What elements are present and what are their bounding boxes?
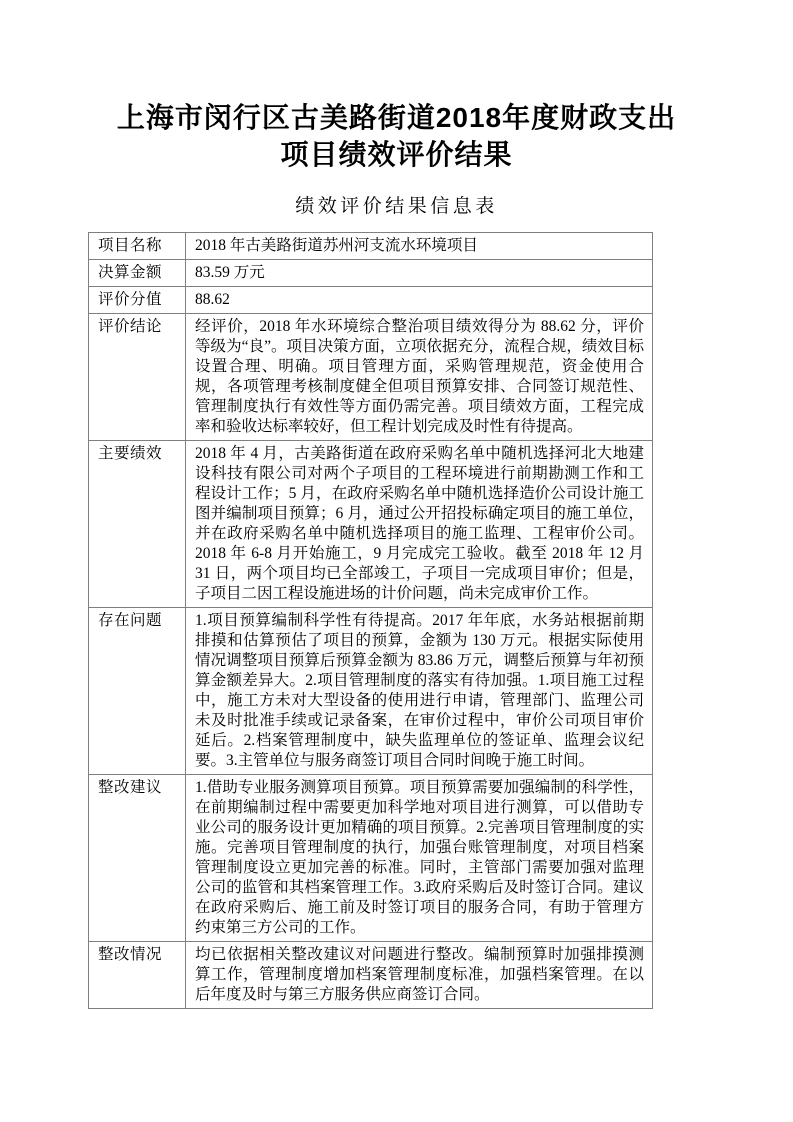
row-label: 决算金额 <box>89 260 186 287</box>
row-label: 评价分值 <box>89 287 186 314</box>
row-label: 主要绩效 <box>89 441 186 608</box>
row-label: 项目名称 <box>89 233 186 260</box>
document-page: 上海市闵行区古美路街道2018年度财政支出 项目绩效评价结果 绩效评价结果信息表… <box>0 0 793 1122</box>
table-row-main-performance: 主要绩效 2018 年 4 月，古美路街道在政府采购名单中随机选择河北大地建设科… <box>89 441 653 608</box>
table-row-existing-problems: 存在问题 1.项目预算编制科学性有待提高。2017 年年底，水务站根据前期排摸和… <box>89 608 653 775</box>
table-row-final-amount: 决算金额 83.59 万元 <box>89 260 653 287</box>
document-title-line2: 项目绩效评价结果 <box>88 136 705 173</box>
document-title: 上海市闵行区古美路街道2018年度财政支出 项目绩效评价结果 <box>88 99 705 173</box>
row-label: 整改建议 <box>89 775 186 942</box>
row-content: 均已依据相关整改建议对问题进行整改。编制预算时加强排摸测算工作，管理制度增加档案… <box>186 942 653 1009</box>
table-row-rectification-status: 整改情况 均已依据相关整改建议对问题进行整改。编制预算时加强排摸测算工作，管理制… <box>89 942 653 1009</box>
row-label: 存在问题 <box>89 608 186 775</box>
row-content: 83.59 万元 <box>186 260 653 287</box>
row-content: 1.项目预算编制科学性有待提高。2017 年年底，水务站根据前期排摸和估算预估了… <box>186 608 653 775</box>
document-content: 上海市闵行区古美路街道2018年度财政支出 项目绩效评价结果 绩效评价结果信息表… <box>88 0 705 1009</box>
row-content: 2018 年 4 月，古美路街道在政府采购名单中随机选择河北大地建设科技有限公司… <box>186 441 653 608</box>
table-row-evaluation-score: 评价分值 88.62 <box>89 287 653 314</box>
row-content: 88.62 <box>186 287 653 314</box>
row-content: 2018 年古美路街道苏州河支流水环境项目 <box>186 233 653 260</box>
row-content: 1.借助专业服务测算项目预算。项目预算需要加强编制的科学性，在前期编制过程中需要… <box>186 775 653 942</box>
performance-evaluation-table: 项目名称 2018 年古美路街道苏州河支流水环境项目 决算金额 83.59 万元… <box>88 232 653 1009</box>
document-subtitle: 绩效评价结果信息表 <box>88 196 705 218</box>
row-label: 整改情况 <box>89 942 186 1009</box>
table-row-rectification-suggestions: 整改建议 1.借助专业服务测算项目预算。项目预算需要加强编制的科学性，在前期编制… <box>89 775 653 942</box>
table-row-project-name: 项目名称 2018 年古美路街道苏州河支流水环境项目 <box>89 233 653 260</box>
row-content: 经评价，2018 年水环境综合整治项目绩效得分为 88.62 分，评价等级为“良… <box>186 314 653 441</box>
table-row-evaluation-conclusion: 评价结论 经评价，2018 年水环境综合整治项目绩效得分为 88.62 分，评价… <box>89 314 653 441</box>
document-title-line1: 上海市闵行区古美路街道2018年度财政支出 <box>88 99 705 136</box>
row-label: 评价结论 <box>89 314 186 441</box>
